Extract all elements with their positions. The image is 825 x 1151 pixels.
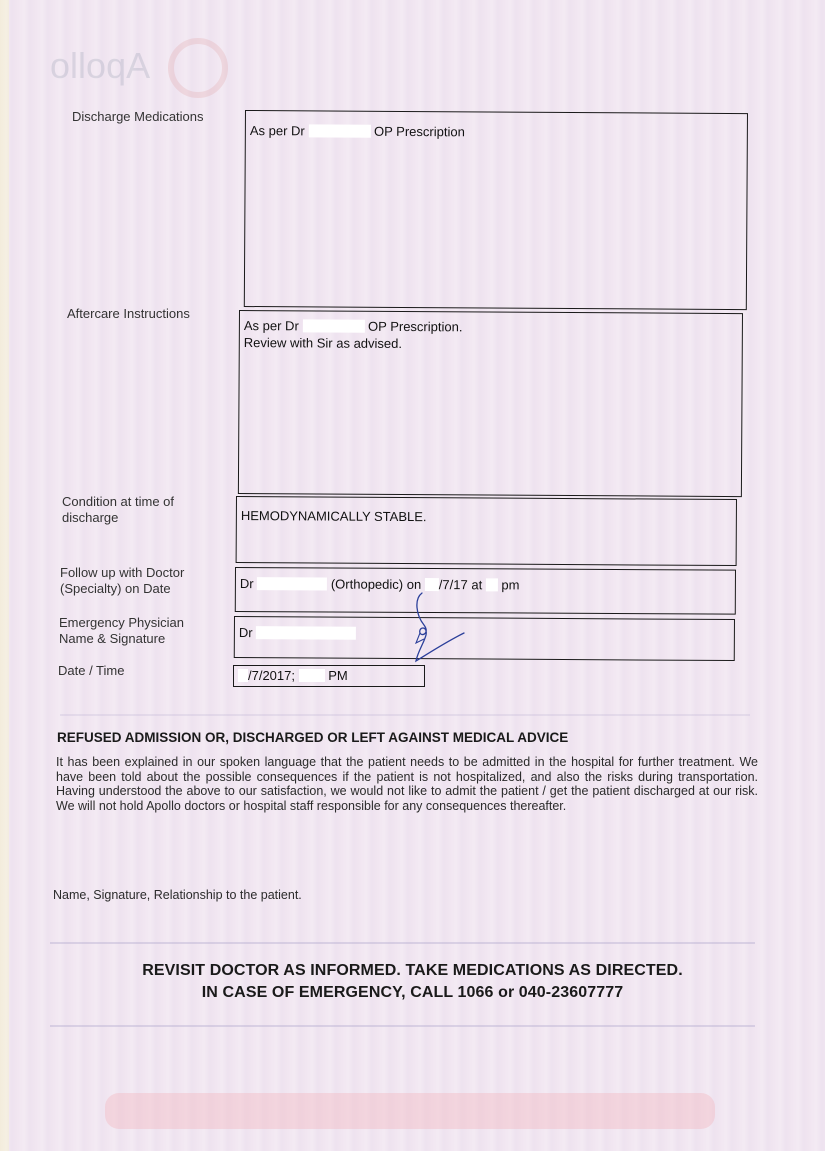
date-text: /7/17 at: [439, 577, 482, 592]
aftercare-line: Review with Sir as advised.: [244, 334, 738, 354]
redaction-block: [425, 578, 439, 591]
label-condition-at-discharge: Condition at time of discharge: [62, 494, 174, 526]
relationship-signature-label: Name, Signature, Relationship to the pat…: [53, 888, 302, 902]
label-follow-up: Follow up with Doctor (Specialty) on Dat…: [60, 565, 184, 597]
date-text: /7/2017;: [248, 668, 295, 683]
emergency-physician-box[interactable]: Dr: [234, 616, 735, 661]
text-suffix: OP Prescription: [374, 124, 465, 140]
physician-value: Dr: [239, 624, 730, 644]
text-prefix: As per Dr: [250, 123, 305, 138]
label-line: discharge: [62, 510, 174, 526]
footer-line-1: REVISIT DOCTOR AS INFORMED. TAKE MEDICAT…: [0, 962, 825, 980]
label-line: Follow up with Doctor: [60, 565, 184, 581]
follow-up-box[interactable]: Dr (Orthopedic) on /7/17 at pm: [235, 567, 736, 615]
label-aftercare-instructions: Aftercare Instructions: [67, 306, 190, 322]
redaction-block: [257, 577, 327, 590]
text-prefix: Dr: [239, 625, 253, 640]
label-line: Name & Signature: [59, 631, 184, 647]
aftercare-instructions-box[interactable]: As per Dr OP Prescription. Review with S…: [238, 310, 743, 497]
divider-line: [50, 1025, 755, 1027]
redaction-block: [299, 669, 325, 682]
disclaimer-body: It has been explained in our spoken lang…: [56, 755, 758, 813]
show-through-seal: [168, 38, 228, 98]
follow-up-value: Dr (Orthopedic) on /7/17 at pm: [240, 575, 731, 595]
time-text: PM: [328, 668, 348, 683]
discharge-medications-box[interactable]: As per Dr OP Prescription: [244, 110, 748, 310]
redaction-block: [238, 669, 248, 682]
footer-line-2: IN CASE OF EMERGENCY, CALL 1066 or 040-2…: [0, 984, 825, 1002]
label-line: Emergency Physician: [59, 615, 184, 631]
time-text: pm: [501, 577, 519, 592]
label-line: Condition at time of: [62, 494, 174, 510]
disclaimer-title: REFUSED ADMISSION OR, DISCHARGED OR LEFT…: [57, 730, 568, 745]
text-prefix: Dr: [240, 576, 254, 591]
label-line: (Specialty) on Date: [60, 581, 184, 597]
show-through-logo: Apollo: [50, 45, 150, 87]
date-time-box[interactable]: /7/2017; PM: [233, 665, 425, 687]
text-suffix: OP Prescription.: [368, 319, 463, 335]
divider-line: [50, 942, 755, 944]
redaction-block: [256, 626, 356, 640]
condition-box[interactable]: HEMODYNAMICALLY STABLE.: [236, 496, 737, 566]
redaction-block: [308, 124, 370, 137]
label-date-time: Date / Time: [58, 663, 124, 679]
specialty-text: (Orthopedic) on: [331, 577, 421, 592]
show-through-banner: [105, 1093, 715, 1129]
divider-line: [60, 714, 750, 716]
redaction-block: [302, 319, 364, 332]
redaction-block: [486, 578, 498, 591]
date-time-value: /7/2017; PM: [238, 667, 420, 684]
text-prefix: As per Dr: [244, 318, 299, 333]
label-emergency-physician: Emergency Physician Name & Signature: [59, 615, 184, 647]
condition-value: HEMODYNAMICALLY STABLE.: [241, 507, 732, 527]
label-discharge-medications: Discharge Medications: [72, 109, 204, 125]
discharge-medications-line: As per Dr OP Prescription: [250, 122, 743, 142]
